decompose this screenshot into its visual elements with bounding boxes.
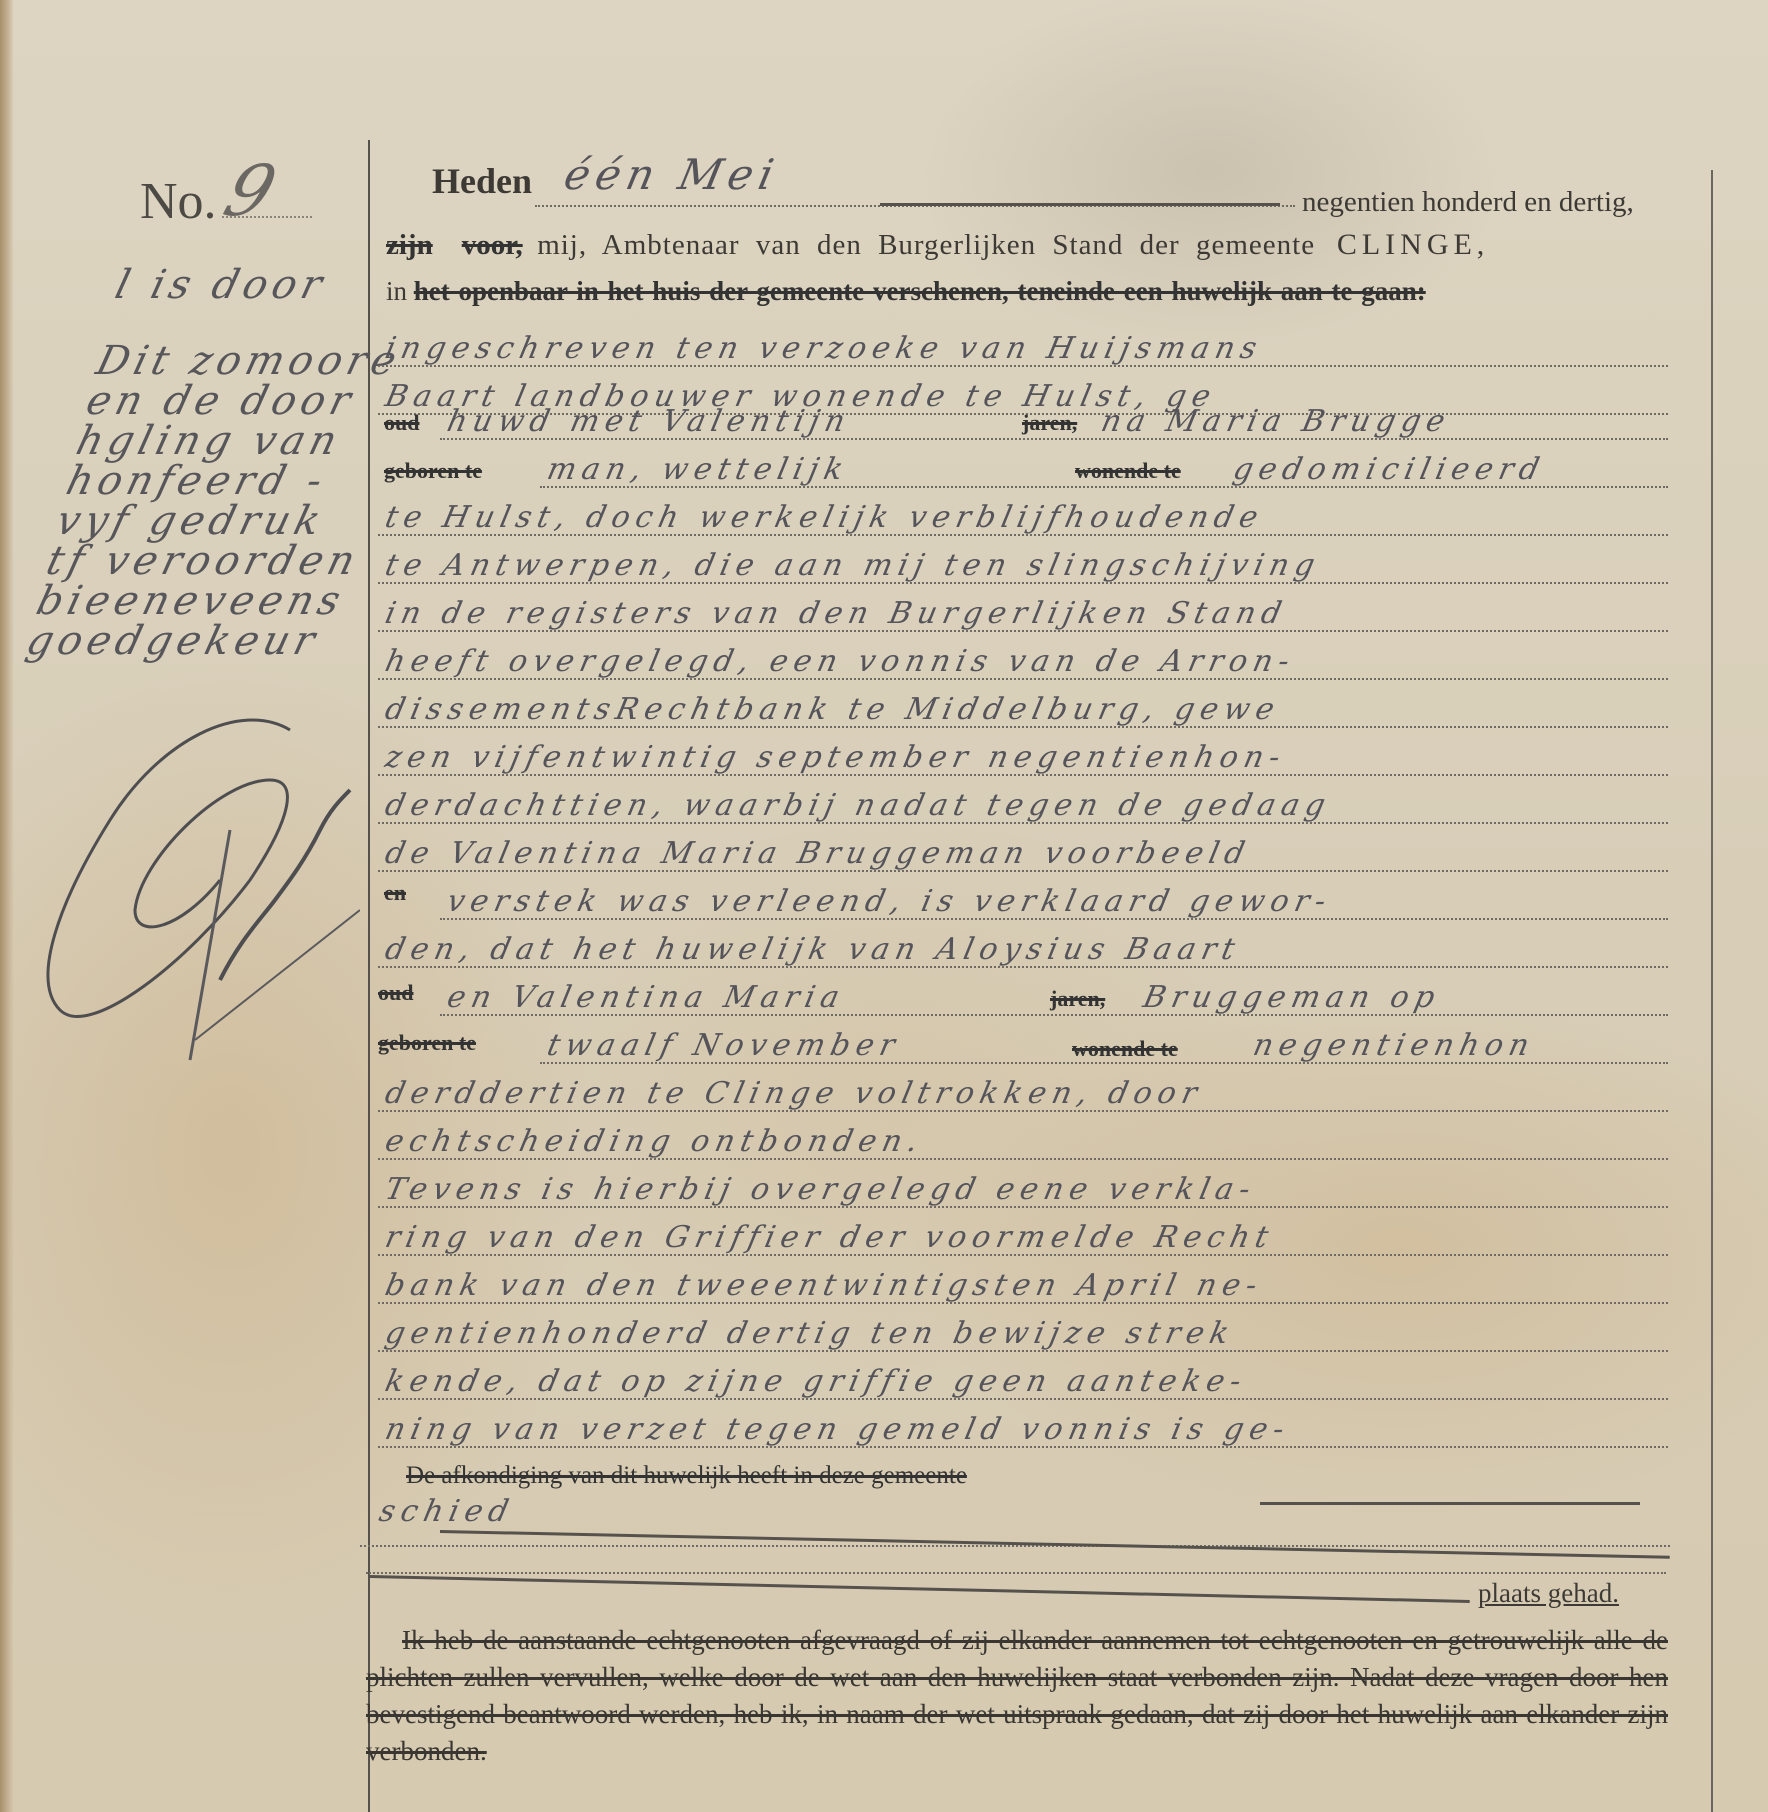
- handwritten-line: schied: [376, 1494, 518, 1529]
- record-number-label: No.: [140, 172, 217, 231]
- label-geboren-2: geboren te: [378, 1030, 476, 1056]
- handwritten-line: Tevens is hierbij overgelegd eene verkla…: [382, 1172, 1259, 1207]
- year-text: negentien honderd en dertig,: [1302, 186, 1634, 219]
- document-page: No. 9 l is door Dit zomoore en de door h…: [0, 0, 1768, 1812]
- struck-clause: het openbaar in het huis der gemeente ve…: [414, 276, 1426, 306]
- handwritten-line: bank van den tweeentwintigsten April ne-: [382, 1268, 1266, 1303]
- afkondiging-text: De afkondiging van dit huwelijk heeft in…: [406, 1462, 967, 1490]
- official-title-text: mij, Ambtenaar van den Burgerlijken Stan…: [537, 229, 1315, 261]
- margin-note-line: bieeneveens: [33, 581, 333, 621]
- book-binding-edge: [0, 0, 14, 1812]
- plaats-dotline: [366, 1572, 1666, 1574]
- plaats-gehad-text: plaats gehad.: [1478, 1578, 1619, 1609]
- closing-paragraph: Ik heb de aanstaande echtgenooten afgevr…: [366, 1622, 1668, 1770]
- record-number-dotline: [222, 216, 312, 218]
- handwritten-line: huwd met Valentijn: [444, 404, 854, 439]
- handwritten-line: derdachttien, waarbij nadat tegen de ged…: [382, 788, 1334, 823]
- kept-word: in: [386, 276, 407, 306]
- margin-note-line: honfeerd -: [63, 461, 363, 501]
- header-line-2: zijn voor, mij, Ambtenaar van den Burger…: [386, 228, 1489, 262]
- handwritten-line: echtscheiding ontbonden.: [382, 1124, 927, 1159]
- handwritten-line: negentienhon: [1250, 1028, 1538, 1063]
- label-jaren-1: jaren,: [1022, 410, 1077, 436]
- handwritten-line: ingeschreven ten verzoeke van Huijsmans: [382, 331, 1266, 366]
- handwritten-line: gentienhonderd dertig ten bewijze strek: [382, 1316, 1238, 1351]
- date-fill-line: [880, 203, 1280, 206]
- handwritten-line: Bruggeman op: [1140, 980, 1444, 1015]
- handwritten-line: te Antwerpen, die aan mij ten slingschij…: [382, 548, 1324, 583]
- label-geboren-1: geboren te: [384, 458, 482, 484]
- handwritten-line: in de registers van den Burgerlijken Sta…: [382, 596, 1291, 631]
- header-line-3: in het openbaar in het huis der gemeente…: [386, 276, 1426, 307]
- handwritten-line: derddertien te Clinge voltrokken, door: [382, 1076, 1206, 1111]
- struck-word: zijn: [386, 229, 433, 261]
- handwritten-line: den, dat het huwelijk van Aloysius Baart: [382, 932, 1244, 967]
- handwritten-line: gedomicilieerd: [1230, 452, 1548, 487]
- handwritten-line: ning van verzet tegen gemeld vonnis is g…: [382, 1412, 1293, 1447]
- heden-label: Heden: [432, 160, 532, 202]
- margin-note-line: Dit zomoore: [92, 341, 392, 381]
- handwritten-line: verstek was verleend, is verklaard gewor…: [444, 884, 1335, 919]
- margin-note-line: goedgekeur: [23, 621, 323, 661]
- margin-note-line: vyf gedruk: [53, 501, 353, 541]
- handwritten-line: kende, dat op zijne griffie geen aanteke…: [382, 1364, 1250, 1399]
- handwritten-date: één Mei: [560, 150, 784, 199]
- margin-note-first: l is door: [111, 265, 411, 305]
- label-en: en: [384, 880, 406, 906]
- handwritten-line: dissementsRechtbank te Middelburg, gewe: [382, 692, 1283, 727]
- closing-paragraph-text: Ik heb de aanstaande echtgenooten afgevr…: [366, 1625, 1668, 1766]
- official-signature: [20, 680, 360, 1080]
- handwritten-line: te Hulst, doch werkelijk verblijfhoudend…: [382, 500, 1267, 535]
- margin-rule-right: [1711, 170, 1713, 1812]
- handwritten-line: de Valentina Maria Bruggeman voorbeeld: [382, 836, 1254, 871]
- handwritten-line: twaalf November: [544, 1028, 904, 1063]
- label-oud-1: oud: [384, 410, 419, 436]
- label-wonende-1: wonende te: [1075, 458, 1181, 484]
- margin-note-line: hgling van: [72, 421, 372, 461]
- handwritten-line: en Valentina Maria: [444, 980, 848, 1015]
- handwritten-line: heeft overgelegd, een vonnis van de Arro…: [382, 644, 1298, 679]
- label-oud-2: oud: [378, 980, 413, 1006]
- handwritten-line: ring van den Griffier der voormelde Rech…: [382, 1220, 1277, 1255]
- plaats-cross-line: [370, 1575, 1470, 1603]
- record-number-value: 9: [215, 150, 286, 232]
- margin-annotation: l is door Dit zomoore en de door hgling …: [23, 265, 412, 661]
- label-jaren-2: jaren,: [1050, 986, 1105, 1012]
- handwritten-line: zen vijfentwintig september negentienhon…: [382, 740, 1289, 775]
- municipality-name: CLINGE,: [1337, 228, 1489, 261]
- struck-word: voor,: [462, 229, 523, 261]
- handwritten-line: man, wettelijk: [544, 452, 852, 487]
- margin-note-line: tf veroorden: [43, 541, 343, 581]
- label-wonende-2: wonende te: [1072, 1036, 1178, 1062]
- afkondiging-fill-line: [1260, 1502, 1640, 1505]
- handwritten-line: na Maria Brugge: [1098, 404, 1454, 439]
- margin-note-line: en de door: [82, 381, 382, 421]
- afkondiging-dotline: [360, 1545, 1670, 1547]
